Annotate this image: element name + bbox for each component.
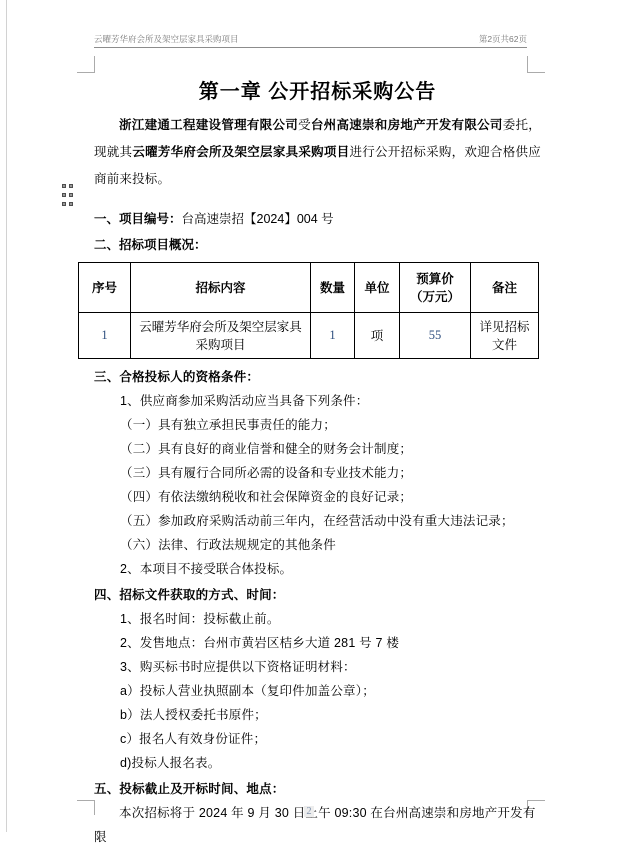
project-number-value: 台高速崇招【2024】004 号	[182, 212, 334, 226]
table-header-cell: 预算价（万元）	[400, 262, 471, 312]
table-header-cell: 单位	[355, 262, 400, 312]
chapter-title: 第一章 公开招标采购公告	[94, 78, 541, 106]
paragraph-list: 三、合格投标人的资格条件：1、供应商参加采购活动应当具备下列条件：（一）具有独立…	[94, 365, 541, 845]
table-row: 1云曜芳华府会所及架空层家具采购项目1项55详见招标文件	[79, 312, 539, 358]
table-header-cell: 招标内容	[131, 262, 311, 312]
document-page: 云曜芳华府会所及架空层家具采购项目 第2页共62页 第一章 公开招标采购公告 浙…	[0, 0, 618, 845]
paragraph: （五）参加政府采购活动前三年内，在经营活动中没有重大违法记录；	[94, 509, 541, 533]
tender-overview-table: 序号招标内容数量单位预算价（万元）备注 1云曜芳华府会所及架空层家具采购项目1项…	[78, 262, 539, 359]
paragraph: （一）具有独立承担民事责任的能力；	[94, 413, 541, 437]
intro-text: 受	[298, 118, 311, 132]
paragraph: b）法人授权委托书原件；	[94, 703, 541, 727]
page-footer: 2	[0, 801, 618, 819]
page-header: 云曜芳华府会所及架空层家具采购项目 第2页共62页	[94, 34, 527, 48]
page-edge-line	[6, 0, 7, 832]
intro-paragraph: 浙江建通工程建设管理有限公司受台州高速崇和房地产开发有限公司委托，现就其云曜芳华…	[94, 112, 541, 193]
header-page-indicator: 第2页共62页	[479, 34, 527, 45]
paragraph: d)投标人报名表。	[94, 751, 541, 775]
table-cell: 云曜芳华府会所及架空层家具采购项目	[131, 312, 311, 358]
intro-bold-text: 浙江建通工程建设管理有限公司	[119, 118, 298, 132]
text-boundary-corner-top-left	[77, 56, 95, 73]
paragraph: （三）具有履行合同所必需的设备和专业技术能力；	[94, 461, 541, 485]
section-heading: 四、招标文件获取的方式、时间：	[94, 583, 541, 607]
table-cell: 详见招标文件	[471, 312, 539, 358]
paragraph: a）投标人营业执照副本（复印件加盖公章）；	[94, 679, 541, 703]
paragraph: 1、供应商参加采购活动应当具备下列条件：	[94, 389, 541, 413]
intro-bold-text: 台州高速崇和房地产开发有限公司	[311, 118, 503, 132]
paragraph: 1、报名时间：投标截止前。	[94, 607, 541, 631]
footer-page-number: 2	[304, 806, 313, 817]
paragraph: （四）有依法缴纳税收和社会保障资金的良好记录；	[94, 485, 541, 509]
table-cell: 1	[311, 312, 355, 358]
overview-heading: 二、招标项目概况：	[94, 233, 541, 258]
table-header-cell: 数量	[311, 262, 355, 312]
table-cell: 1	[79, 312, 131, 358]
table-cell: 55	[400, 312, 471, 358]
paragraph: 2、本项目不接受联合体投标。	[94, 557, 541, 581]
paragraph: 2、发售地点：台州市黄岩区桔乡大道 281 号 7 楼	[94, 631, 541, 655]
table-header-cell: 序号	[79, 262, 131, 312]
paragraph: c）报名人有效身份证件；	[94, 727, 541, 751]
paragraph: （六）法律、行政法规规定的其他条件	[94, 533, 541, 557]
table-cell: 项	[355, 312, 400, 358]
table-body: 1云曜芳华府会所及架空层家具采购项目1项55详见招标文件	[79, 312, 539, 358]
project-number-line: 一、项目编号：台高速崇招【2024】004 号	[94, 206, 541, 233]
section-heading: 三、合格投标人的资格条件：	[94, 365, 541, 389]
intro-bold-text: 云曜芳华府会所及架空层家具采购项目	[132, 145, 349, 159]
table-header-row: 序号招标内容数量单位预算价（万元）备注	[79, 262, 539, 312]
section-heading: 五、投标截止及开标时间、地点：	[94, 777, 541, 801]
project-number-label: 一、项目编号：	[94, 212, 182, 226]
drag-handle-icon[interactable]	[62, 184, 73, 206]
paragraph: 3、购买标书时应提供以下资格证明材料：	[94, 655, 541, 679]
table-header-cell: 备注	[471, 262, 539, 312]
header-document-title: 云曜芳华府会所及架空层家具采购项目	[94, 34, 239, 45]
document-content: 第一章 公开招标采购公告 浙江建通工程建设管理有限公司受台州高速崇和房地产开发有…	[94, 72, 541, 845]
text-boundary-corner-top-right	[527, 56, 545, 73]
paragraph: （二）具有良好的商业信誉和健全的财务会计制度；	[94, 437, 541, 461]
